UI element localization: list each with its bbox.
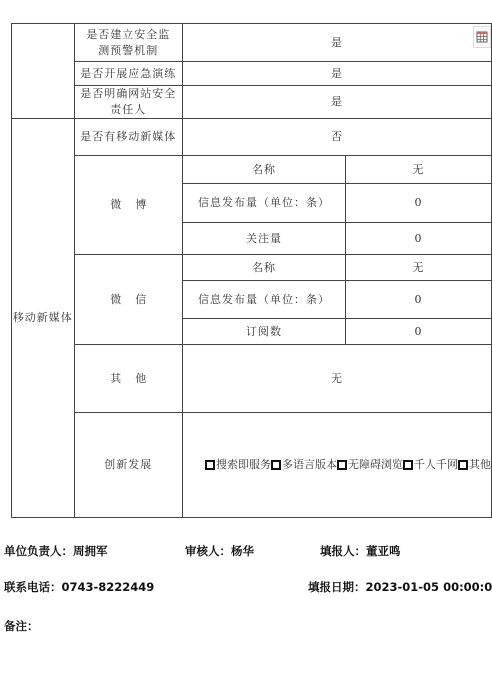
checkbox-icon[interactable]	[271, 460, 281, 470]
report-table: 是否建立安全监测预警机制 是 是否开展应急演练 是 是否明确网站安全责任人 是 …	[11, 23, 492, 518]
other-media-value: 无	[182, 345, 491, 413]
option-multilingual[interactable]: 多语言版本	[271, 458, 337, 471]
innovation-section-label: 创新发展	[74, 413, 182, 518]
checkbox-icon[interactable]	[337, 460, 347, 470]
weibo-posts-label: 信息发布量（单位：条）	[182, 184, 345, 223]
unit-leader: 单位负责人：周拥军	[4, 543, 108, 559]
wechat-name-value: 无	[346, 255, 492, 281]
reviewer: 审核人：杨华	[185, 543, 254, 559]
option-other[interactable]: 其他	[458, 458, 491, 471]
wechat-subscribers-label: 订阅数	[182, 319, 345, 345]
weibo-followers-label: 关注量	[182, 223, 345, 255]
wechat-posts-label: 信息发布量（单位：条）	[182, 281, 345, 319]
wechat-subscribers-value: 0	[346, 319, 492, 345]
table-grid-icon	[476, 31, 488, 43]
table-icon[interactable]	[473, 26, 491, 48]
weibo-followers-value: 0	[346, 223, 492, 255]
innovation-options: 搜索即服务多语言版本无障碍浏览千人千网其他	[182, 413, 491, 518]
other-media-label: 其他	[74, 345, 182, 413]
emergency-drill-label: 是否开展应急演练	[74, 62, 182, 86]
weibo-label: 微博	[74, 156, 182, 255]
filler: 填报人：董亚鸣	[320, 543, 401, 559]
emergency-drill-value: 是	[182, 62, 491, 86]
has-mobile-media-label: 是否有移动新媒体	[74, 119, 182, 156]
remarks: 备注：	[4, 618, 39, 634]
option-search-service[interactable]: 搜索即服务	[205, 458, 271, 471]
checkbox-icon[interactable]	[205, 460, 215, 470]
security-monitoring-label: 是否建立安全监测预警机制	[74, 24, 182, 62]
option-personalized[interactable]: 千人千网	[403, 458, 458, 471]
weibo-name-value: 无	[346, 156, 492, 184]
mobile-media-section-label: 移动新媒体	[12, 119, 75, 518]
fill-date: 填报日期：2023-01-05 00:00:00	[308, 579, 492, 595]
weibo-posts-value: 0	[346, 184, 492, 223]
has-mobile-media-value: 否	[182, 119, 491, 156]
security-owner-value: 是	[182, 86, 491, 119]
wechat-label: 微信	[74, 255, 182, 345]
checkbox-icon[interactable]	[403, 460, 413, 470]
weibo-name-label: 名称	[182, 156, 345, 184]
security-section-cell	[12, 24, 75, 119]
security-owner-label: 是否明确网站安全责任人	[74, 86, 182, 119]
contact-phone: 联系电话：0743-8222449	[4, 579, 154, 595]
security-monitoring-value: 是	[182, 24, 491, 62]
wechat-name-label: 名称	[182, 255, 345, 281]
checkbox-icon[interactable]	[458, 460, 468, 470]
option-accessibility[interactable]: 无障碍浏览	[337, 458, 403, 471]
wechat-posts-value: 0	[346, 281, 492, 319]
